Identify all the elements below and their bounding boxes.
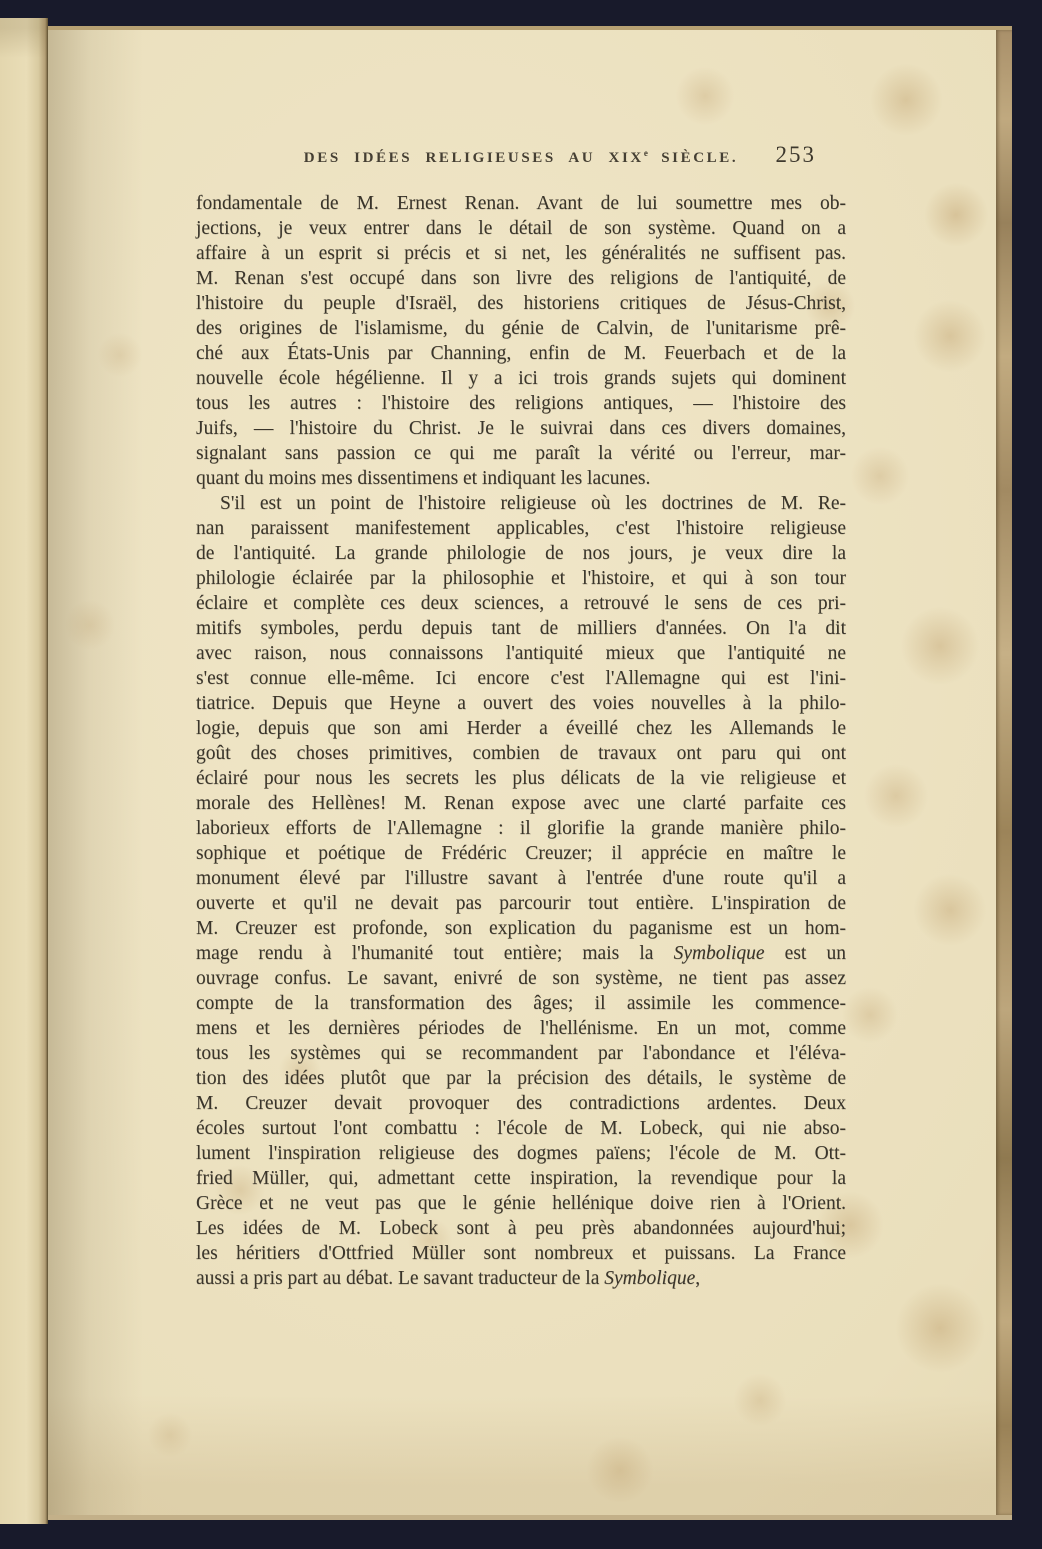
text-line: sophique et poétique de Frédéric Creuzer… [196, 841, 846, 866]
scanned-book-photo: DES IDÉES RELIGIEUSES AU XIXe SIÈCLE. 25… [0, 0, 1042, 1549]
running-head: DES IDÉES RELIGIEUSES AU XIXe SIÈCLE. 25… [196, 148, 846, 178]
text-line: S'il est un point de l'histoire religieu… [196, 491, 846, 516]
text-line: avec raison, nous connaissons l'antiquit… [196, 641, 846, 666]
text-line: éclaire et complète ces deux sciences, a… [196, 591, 846, 616]
text-line: tiatrice. Depuis que Heyne a ouvert des … [196, 691, 846, 716]
book-page: DES IDÉES RELIGIEUSES AU XIXe SIÈCLE. 25… [48, 26, 1012, 1520]
text-line: jections, je veux entrer dans le détail … [196, 216, 846, 241]
text-line: M. Creuzer est profonde, son explication… [196, 916, 846, 941]
text-line: mage rendu à l'humanité tout entière; ma… [196, 941, 846, 966]
text-line: Juifs, — l'histoire du Christ. Je le sui… [196, 416, 846, 441]
text-line: compte de la transformation des âges; il… [196, 991, 846, 1016]
text-line: morale des Hellènes! M. Renan expose ave… [196, 791, 846, 816]
text-line: les héritiers d'Ottfried Müller sont nom… [196, 1241, 846, 1266]
text-line: l'histoire du peuple d'Israël, des histo… [196, 291, 846, 316]
text-line: de l'antiquité. La grande philologie de … [196, 541, 846, 566]
text-line: lument l'inspiration religieuse des dogm… [196, 1141, 846, 1166]
text-line: aussi a pris part au débat. Le savant tr… [196, 1266, 846, 1291]
running-header-title: DES IDÉES RELIGIEUSES AU XIXe SIÈCLE. [196, 148, 846, 167]
header-text: DES IDÉES RELIGIEUSES AU XIX [304, 150, 644, 166]
text-line: tous les systèmes qui se recommandent pa… [196, 1041, 846, 1066]
text-line: ouverte et qu'il ne devait pas parcourir… [196, 891, 846, 916]
header-text-suffix: SIÈCLE. [648, 150, 738, 166]
adjacent-page-edge [0, 18, 48, 1524]
text-line: mitifs symboles, perdu depuis tant de mi… [196, 616, 846, 641]
text-line: M. Creuzer devait provoquer des contradi… [196, 1091, 846, 1116]
text-line: monument élevé par l'illustre savant à l… [196, 866, 846, 891]
text-line: philologie éclairée par la philosophie e… [196, 566, 846, 591]
text-line: nouvelle école hégélienne. Il y a ici tr… [196, 366, 846, 391]
text-line: ouvrage confus. Le savant, enivré de son… [196, 966, 846, 991]
text-line: tous les autres : l'histoire des religio… [196, 391, 846, 416]
text-line: affaire à un esprit si précis et si net,… [196, 241, 846, 266]
text-line: laborieux efforts de l'Allemagne : il gl… [196, 816, 846, 841]
text-line: fondamentale de M. Ernest Renan. Avant d… [196, 191, 846, 216]
text-line: tion des idées plutôt que par la précisi… [196, 1066, 846, 1091]
page-deckle-edge [996, 30, 1012, 1515]
text-line: mens et les dernières périodes de l'hell… [196, 1016, 846, 1041]
text-line: écoles surtout l'ont combattu : l'école … [196, 1116, 846, 1141]
text-line: s'est connue elle-même. Ici encore c'est… [196, 666, 846, 691]
text-line: signalant sans passion ce qui me paraît … [196, 441, 846, 466]
text-line: nan paraissent manifestement applicables… [196, 516, 846, 541]
text-line: éclairé pour nous les secrets les plus d… [196, 766, 846, 791]
page-body-text: fondamentale de M. Ernest Renan. Avant d… [196, 191, 846, 1291]
text-line: Les idées de M. Lobeck sont à peu près a… [196, 1216, 846, 1241]
text-line: des origines de l'islamisme, du génie de… [196, 316, 846, 341]
page-number: 253 [776, 142, 817, 168]
text-line: Grèce et ne veut pas que le génie hellén… [196, 1191, 846, 1216]
text-line: goût des choses primitives, combien de t… [196, 741, 846, 766]
text-line: quant du moins mes dissentimens et indiq… [196, 466, 846, 491]
text-line: logie, depuis que son ami Herder a éveil… [196, 716, 846, 741]
text-line: M. Renan s'est occupé dans son livre des… [196, 266, 846, 291]
text-line: fried Müller, qui, admettant cette inspi… [196, 1166, 846, 1191]
text-line: ché aux États-Unis par Channing, enfin d… [196, 341, 846, 366]
